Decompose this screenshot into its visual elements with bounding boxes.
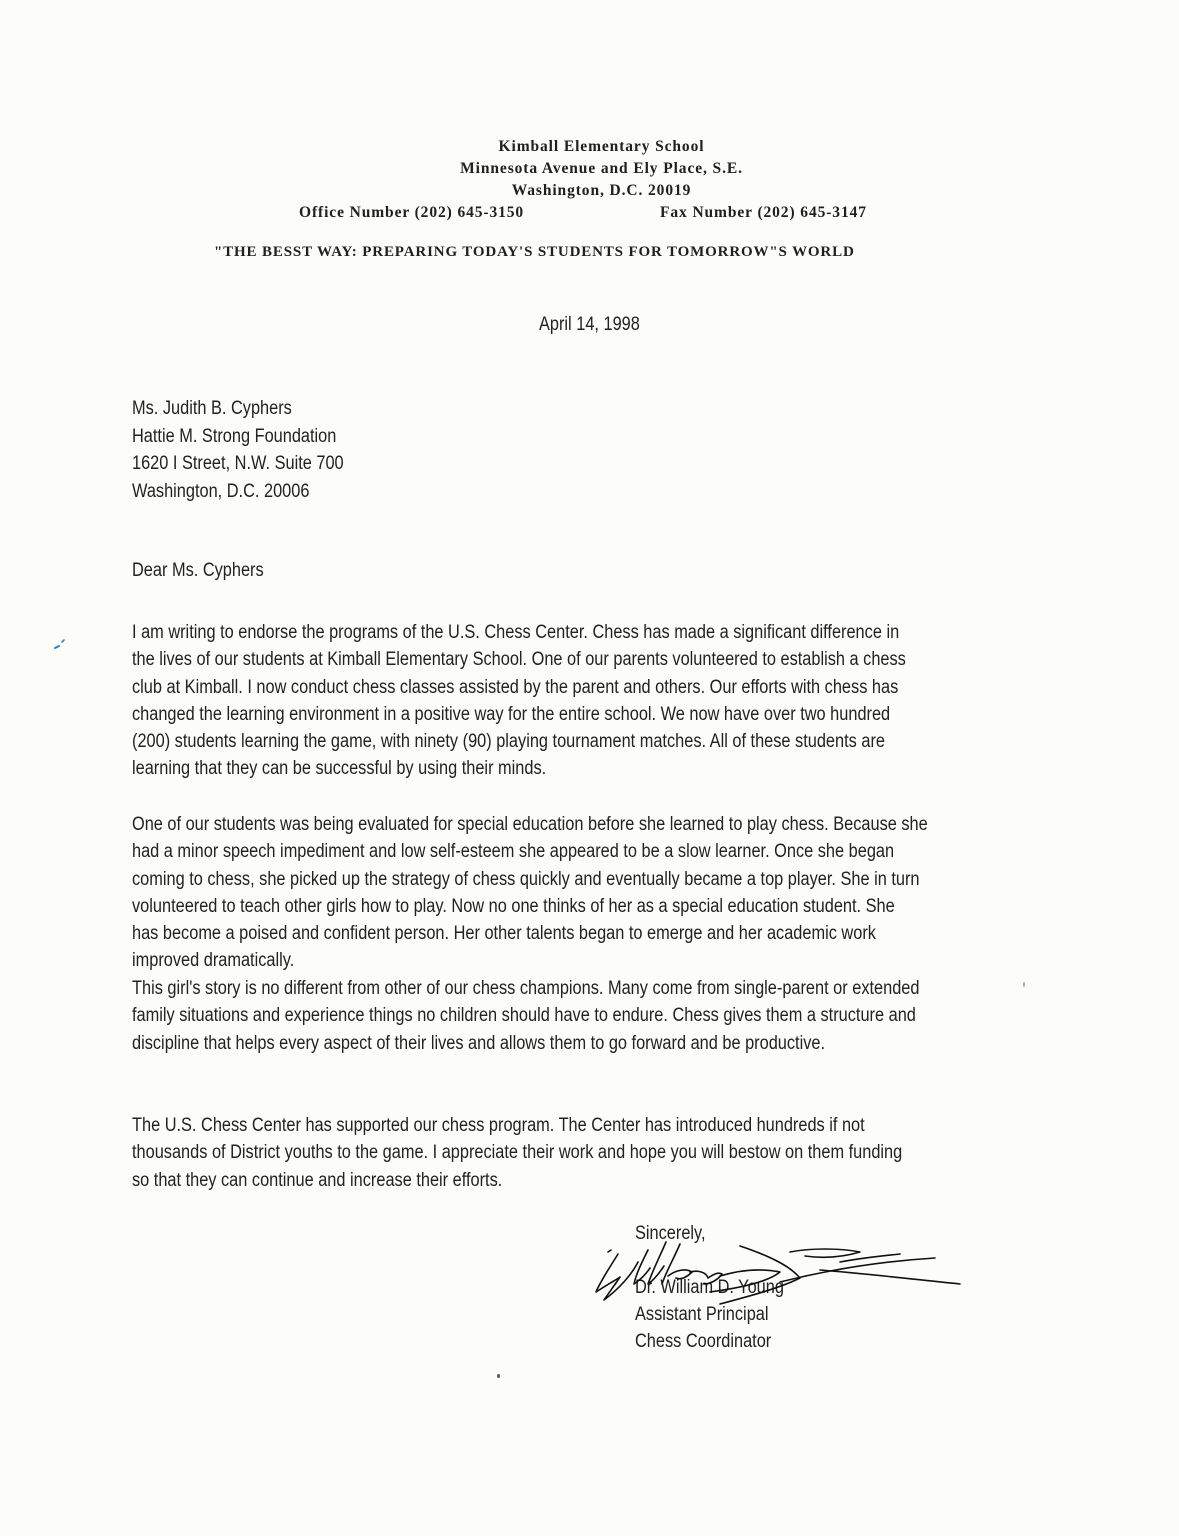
signer-name: Dr. William D. Young [635,1274,784,1301]
office-number: Office Number (202) 645-3150 [299,202,524,224]
recipient-street: 1620 I Street, N.W. Suite 700 [132,450,344,478]
valediction: Sincerely, [635,1220,784,1247]
paragraph-line: thousands of District youths to the game… [132,1139,902,1166]
paragraph-4: The U.S. Chess Center has supported our … [132,1112,902,1194]
ink-mark [53,637,67,651]
paragraph-line: club at Kimball. I now conduct chess cla… [132,674,906,701]
signer-role: Chess Coordinator [635,1328,784,1355]
paragraph-3: This girl's story is no different from o… [132,975,919,1057]
fax-number: Fax Number (202) 645-3147 [660,202,867,224]
recipient-address: Ms. Judith B. Cyphers Hattie M. Strong F… [132,395,344,505]
salutation: Dear Ms. Cyphers [132,560,264,582]
paragraph-line: This girl's story is no different from o… [132,975,919,1002]
letterhead: Kimball Elementary School Minnesota Aven… [0,136,1179,224]
paper-speck [497,1374,500,1378]
paragraph-line: discipline that helps every aspect of th… [132,1030,919,1057]
closing-block: Sincerely, Dr. William D. Young Assistan… [635,1220,784,1355]
paragraph-line: (200) students learning the game, with n… [132,728,906,755]
paragraph-1: I am writing to endorse the programs of … [132,619,906,783]
recipient-city: Washington, D.C. 20006 [132,478,344,506]
paragraph-line: so that they can continue and increase t… [132,1167,902,1194]
school-city: Washington, D.C. 20019 [24,180,1179,202]
paragraph-line: has become a poised and confident person… [132,920,928,947]
school-phones: Office Number (202) 645-3150 Fax Number … [0,202,1179,224]
paragraph-line: One of our students was being evaluated … [132,811,928,838]
paragraph-line: I am writing to endorse the programs of … [132,619,906,646]
signer-title: Assistant Principal [635,1301,784,1328]
paragraph-line: changed the learning environment in a po… [132,701,906,728]
paper-speck [1023,982,1025,987]
recipient-organization: Hattie M. Strong Foundation [132,423,344,451]
school-name: Kimball Elementary School [24,136,1179,158]
school-motto: "THE BESST WAY: PREPARING TODAY'S STUDEN… [214,244,855,261]
paragraph-line: improved dramatically. [132,947,928,974]
paragraph-line: the lives of our students at Kimball Ele… [132,646,906,673]
recipient-name: Ms. Judith B. Cyphers [132,395,344,423]
paragraph-line: volunteered to teach other girls how to … [132,893,928,920]
paragraph-line: family situations and experience things … [132,1002,919,1029]
paragraph-line: The U.S. Chess Center has supported our … [132,1112,902,1139]
signature-space [635,1247,784,1274]
paragraph-2: One of our students was being evaluated … [132,811,928,975]
paragraph-line: coming to chess, she picked up the strat… [132,866,928,893]
letter-page: Kimball Elementary School Minnesota Aven… [0,0,1179,1536]
letter-date: April 14, 1998 [539,314,640,336]
school-street: Minnesota Avenue and Ely Place, S.E. [24,158,1179,180]
paragraph-line: had a minor speech impediment and low se… [132,838,928,865]
paragraph-line: learning that they can be successful by … [132,755,906,782]
